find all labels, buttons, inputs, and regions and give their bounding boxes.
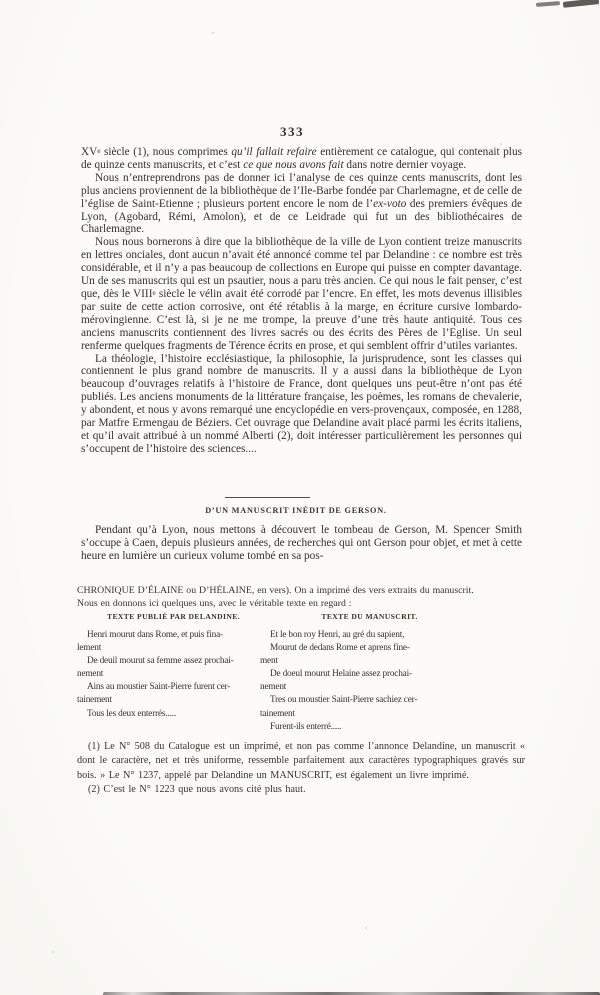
text-segment: siècle (1), nous comprimes (100, 146, 231, 158)
paragraph: Pendant qu’à Lyon, nous mettons à découv… (81, 524, 522, 563)
verse-line: tainement (260, 708, 520, 721)
scanned-book-page: 333 XVe siècle (1), nous comprimes qu’il… (0, 0, 600, 995)
text-segment: e (97, 147, 100, 155)
text-segment: XV (81, 146, 97, 158)
verse-line: nement (77, 668, 267, 681)
scan-smudge (536, 1, 560, 7)
section-heading: D’UN MANUSCRIT INÉDIT DE GERSON. (0, 506, 592, 515)
verse-column-header-left: TEXTE PUBLIÉ PAR DELANDINE. (81, 612, 266, 621)
verse-column-left: Henri mourut dans Rome, et puis fina-lem… (77, 629, 267, 721)
note-line: Nous en donnons ici quelques uns, avec l… (77, 597, 537, 610)
intro-paragraph-block: Pendant qu’à Lyon, nous mettons à découv… (81, 524, 522, 568)
text-segment: dans notre dernier voyage. (344, 159, 467, 171)
verse-line: De doeul mourut Helaine assez prochai- (260, 668, 520, 681)
text-segment: La théologie, l’histoire ecclésiastique,… (81, 353, 522, 455)
text-segment: e (152, 289, 155, 297)
verse-line: Tous les deux enterrés..... (77, 708, 267, 721)
scan-speck (52, 951, 54, 953)
footnotes-block: (1) Le N° 508 du Catalogue est un imprim… (77, 740, 525, 797)
verse-column-header-right: TEXTE DU MANUSCRIT. (272, 612, 467, 621)
text-segment: qu’il fallait refaire (231, 146, 316, 158)
page-number: 333 (0, 124, 584, 140)
scan-speck (500, 143, 502, 145)
scan-speck (212, 32, 214, 34)
verse-line: Mourut de dedans Rome et aprens fine- (260, 642, 520, 655)
verse-line: nement (260, 681, 520, 694)
verse-line: Henri mourut dans Rome, et puis fina- (77, 629, 267, 642)
verse-line: ment (260, 655, 520, 668)
verse-line: lement (77, 642, 267, 655)
verse-line: Ains au moustier Saint-Pierre furent cer… (77, 681, 267, 694)
verse-line: Et le bon roy Henri, au gré du sapient, (260, 629, 520, 642)
section-divider (225, 497, 310, 498)
paragraph: La théologie, l’histoire ecclésiastique,… (81, 353, 522, 456)
text-segment: ce que nous avons fait (243, 159, 343, 171)
text-segment: ex-voto (373, 198, 406, 210)
scan-smudge (563, 0, 599, 8)
note-block: CHRONIQUE D’ÉLAINE ou D’HÉLAINE, en vers… (77, 584, 537, 610)
paragraph: XVe siècle (1), nous comprimes qu’il fal… (81, 146, 522, 172)
verse-line: Furent-ils enterré..... (260, 721, 520, 734)
paragraph: Nous n’entreprendrons pas de donner ici … (81, 172, 522, 237)
footnote: (2) C’est le N° 1223 que nous avons cité… (77, 783, 525, 797)
verse-line: tainement (77, 694, 267, 707)
scan-speck (365, 927, 367, 929)
paragraph: Nous nous bornerons à dire que la biblio… (81, 236, 522, 352)
verse-line: Tres ou moustier Saint-Pierre sachiez ce… (260, 694, 520, 707)
verse-line: De deuil mourut sa femme assez prochai- (77, 655, 267, 668)
note-line: CHRONIQUE D’ÉLAINE ou D’HÉLAINE, en vers… (77, 584, 537, 597)
verse-column-right: Et le bon roy Henri, au gré du sapient,M… (260, 629, 520, 734)
main-text-block: XVe siècle (1), nous comprimes qu’il fal… (81, 146, 522, 498)
text-segment: Pendant qu’à Lyon, nous mettons à découv… (81, 524, 522, 562)
footnote: (1) Le N° 508 du Catalogue est un imprim… (77, 740, 525, 783)
